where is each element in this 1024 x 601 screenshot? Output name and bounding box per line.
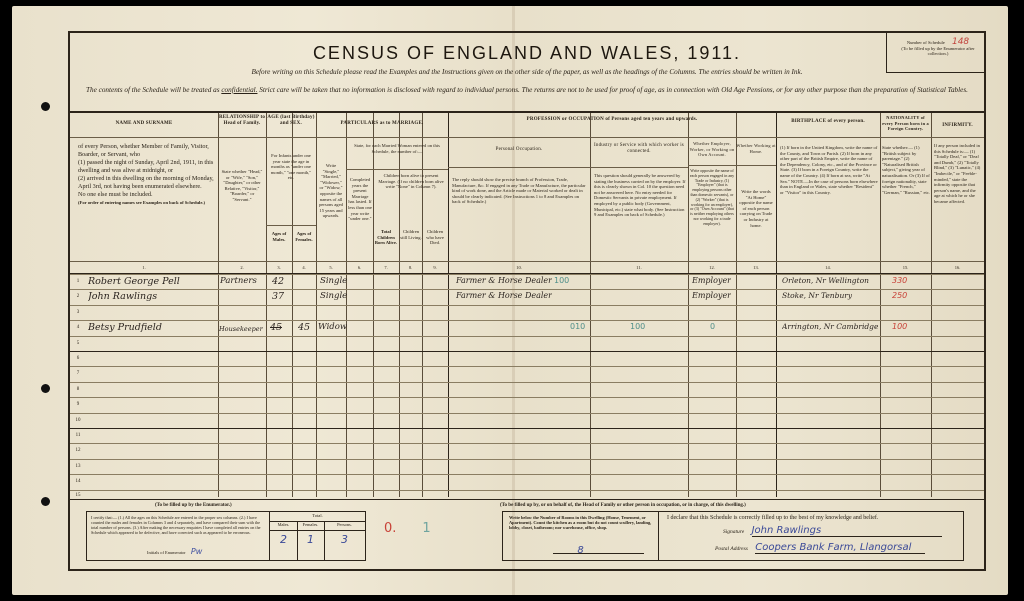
infirmity-description: If any person included in this Schedule …	[934, 143, 982, 205]
birthplace-code: 100	[892, 321, 907, 336]
table-row: 14	[70, 474, 984, 489]
table-row: 1 Robert George Pell Partners 42 Single …	[70, 274, 984, 289]
marriage-description: Write "Single," "Married," "Widower," or…	[318, 163, 344, 219]
males-label: Males.	[270, 522, 297, 531]
age-male: 42	[272, 275, 284, 290]
enumerator-initials: Initials of Enumerator Pw	[147, 547, 267, 556]
enumerator-certificate: I certify that:— (1.) All the ages on th…	[91, 515, 267, 535]
table-row: 12	[70, 443, 984, 458]
marital-status: Single	[320, 290, 347, 305]
header-total-children: Total Children Born Alive.	[374, 229, 398, 246]
header-completed-years: Completed years the present Marriage has…	[348, 177, 372, 222]
occupation: Farmer & Horse Dealer	[456, 275, 552, 290]
schedule-number-label: Number of Schedule	[907, 40, 945, 46]
header-age-females: Ages of Females.	[292, 231, 316, 242]
table-row: 10	[70, 413, 984, 428]
at-home-description: Write the words "At Home" opposite the n…	[738, 189, 774, 228]
totals-table: Total. Males. Females. Persons. 2 1 3	[269, 512, 365, 560]
confidential-notice: The contents of the Schedule will be tre…	[76, 85, 978, 95]
column-number: 13.	[736, 265, 776, 270]
employment-code: 0	[710, 321, 715, 336]
column-number: 10.	[448, 265, 590, 270]
column-number: 12.	[688, 265, 736, 270]
census-schedule-page: CENSUS OF ENGLAND AND WALES, 1911. Befor…	[12, 6, 1008, 595]
header-relationship: RELATIONSHIP to Head of Family.	[218, 115, 266, 126]
declaration-text: I declare that this Schedule is correctl…	[667, 515, 878, 521]
punch-hole	[41, 102, 50, 111]
census-table: NAME AND SURNAME of every Person, whethe…	[70, 111, 984, 497]
punch-hole	[41, 497, 50, 506]
table-row: 4 Betsy Prudfield Housekeeper 45 45 Wido…	[70, 320, 984, 335]
total-males: 2	[270, 533, 297, 546]
total-label: Total.	[270, 513, 365, 522]
schedule-number-box: Number of Schedule 148 (To be filled up …	[886, 31, 986, 73]
person-name: Betsy Prudfield	[88, 321, 162, 336]
personal-occupation-description: The reply should show the precise branch…	[452, 177, 586, 205]
header-children-living: Children still Living.	[400, 229, 422, 240]
column-number: 3.	[266, 265, 292, 270]
birthplace: Stoke, Nr Tenbury	[782, 290, 852, 305]
column-number: 9.	[422, 265, 448, 270]
table-row: 6	[70, 351, 984, 366]
signature-row: Signature John Rawlings	[723, 525, 963, 537]
employment-status: Employer	[692, 275, 731, 290]
age-male: 37	[272, 290, 284, 305]
column-number: 5.	[316, 265, 346, 270]
header-children-born: Children born alive to present Marriage.…	[375, 173, 447, 190]
age-female: 45	[298, 321, 310, 336]
birthplace-code: 330	[892, 275, 907, 290]
schedule-number-note: (To be filled up by the Enumerator after…	[895, 46, 981, 57]
birthplace: Orleton, Nr Wellington	[782, 275, 869, 290]
birthplace-description: (1) If born in the United Kingdom, write…	[780, 145, 878, 195]
header-infirmity: INFIRMITY.	[931, 123, 984, 129]
table-row: 8	[70, 382, 984, 397]
header-marriage: PARTICULARS as to MARRIAGE.	[316, 121, 448, 127]
age-male-struck: 45	[270, 321, 282, 336]
header-name: NAME AND SURNAME	[70, 121, 218, 127]
occupation-code: 100	[554, 275, 569, 290]
person-name: John Rawlings	[88, 290, 157, 305]
total-persons: 3	[324, 533, 365, 546]
rooms-instruction: Write below the Number of Rooms in this …	[509, 515, 655, 531]
table-row: 7	[70, 366, 984, 381]
birthplace: Arrington, Nr Cambridge	[782, 321, 878, 336]
head-caption: (To be filled up by, or on behalf of, th…	[500, 503, 746, 508]
column-number: 14.	[776, 265, 880, 270]
married-women-note: State, for each Married Woman entered on…	[348, 143, 446, 154]
page-title: CENSUS OF ENGLAND AND WALES, 1911.	[70, 43, 984, 64]
header-age: AGE (last Birthday) and SEX.	[266, 115, 316, 126]
signature-value: John Rawlings	[752, 525, 942, 537]
column-number: 6.	[346, 265, 373, 270]
postal-address-row: Postal Address Coopers Bank Farm, Llango…	[715, 542, 955, 554]
relationship: Partners	[220, 275, 257, 290]
header-profession: PROFESSION or OCCUPATION of Persons aged…	[448, 117, 776, 123]
persons-label: Persons.	[324, 522, 365, 531]
birthplace-code: 250	[892, 290, 907, 305]
column-number: 15.	[880, 265, 931, 270]
occupation-code: 010	[570, 321, 585, 336]
column-number: 1.	[70, 265, 218, 270]
column-number: 8.	[399, 265, 422, 270]
table-row: 11	[70, 428, 984, 443]
rooms-count: 8	[503, 545, 658, 556]
employment-status: Employer	[692, 290, 731, 305]
header-children-died: Children who have Died.	[423, 229, 447, 246]
column-number: 7.	[373, 265, 399, 270]
relationship-description: State whether "Head," or "Wife," "Son," …	[220, 169, 264, 203]
industry-code: 100	[630, 321, 645, 336]
table-row: 5	[70, 336, 984, 351]
header-birthplace: BIRTHPLACE of every person.	[776, 119, 880, 125]
marital-status: Widow	[318, 321, 347, 336]
table-row: 15	[70, 490, 984, 500]
enumerator-box: I certify that:— (1.) All the ages on th…	[86, 511, 366, 561]
column-number: 4.	[292, 265, 316, 270]
postal-address-value: Coopers Bank Farm, Llangorsal	[755, 542, 925, 554]
industry-description: This question should generally be answer…	[594, 173, 686, 218]
females-label: Females.	[297, 522, 324, 531]
relationship: Housekeeper	[219, 321, 263, 336]
header-employer: Whether Employer, Worker, or Working on …	[688, 141, 736, 158]
table-row: 3	[70, 305, 984, 320]
marital-status: Single	[320, 275, 347, 290]
age-description: For Infants under one year state the age…	[268, 153, 314, 181]
header-personal-occupation: Personal Occupation.	[448, 147, 590, 153]
table-row: 2 John Rawlings 37 Single Farmer & Horse…	[70, 289, 984, 304]
table-row: 13	[70, 459, 984, 474]
punch-hole	[41, 384, 50, 393]
enumerator-caption: (To be filled up by the Enumerator.)	[155, 503, 232, 508]
table-row: 9	[70, 397, 984, 412]
nationality-description: State whether:— (1) "British subject by …	[882, 145, 930, 195]
rooms-section: Write below the Number of Rooms in this …	[503, 512, 659, 560]
column-number: 2.	[218, 265, 266, 270]
name-description: of every Person, whether Member of Famil…	[78, 143, 214, 207]
header-at-home: Whether Working at Home.	[736, 143, 776, 154]
column-number: 11.	[590, 265, 688, 270]
head-declaration-box: Write below the Number of Rooms in this …	[502, 511, 964, 561]
header-age-males: Ages of Males.	[266, 231, 292, 242]
header-nationality: NATIONALITY of every Person born in a Fo…	[880, 115, 931, 132]
occupation: Farmer & Horse Dealer	[456, 290, 552, 305]
column-number: 16.	[931, 265, 984, 270]
header-industry: Industry or Service with which worker is…	[590, 143, 688, 154]
employer-description: Write opposite the name of each person e…	[689, 169, 735, 227]
instruction-line: Before writing on this Schedule please r…	[70, 68, 984, 76]
initials-value: Pw	[191, 547, 202, 556]
schedule-frame: CENSUS OF ENGLAND AND WALES, 1911. Befor…	[68, 31, 986, 571]
person-name: Robert George Pell	[88, 275, 180, 290]
total-females: 1	[297, 533, 324, 546]
clerk-marks: 0.1	[384, 521, 431, 536]
